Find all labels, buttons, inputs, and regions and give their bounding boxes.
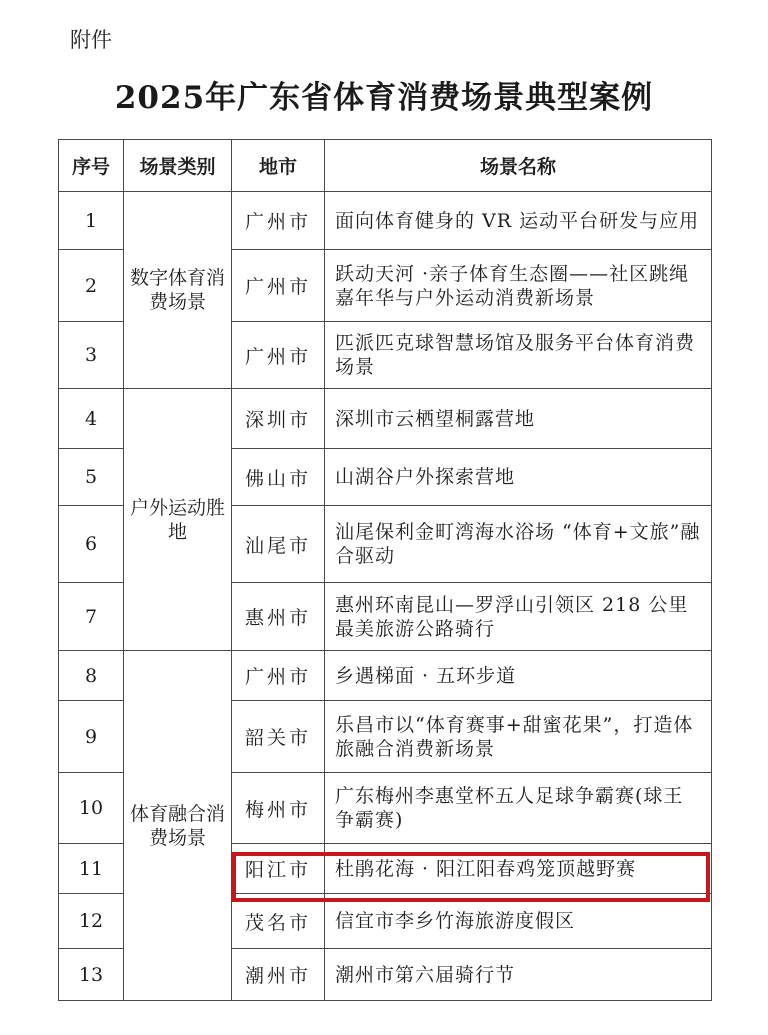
row-index: 3 (59, 322, 124, 389)
row-index: 10 (59, 773, 124, 844)
row-name: 信宜市李乡竹海旅游度假区 (325, 894, 712, 949)
row-name: 惠州环南昆山—罗浮山引领区 218 公里最美旅游公路骑行 (325, 583, 712, 651)
row-city: 韶关市 (232, 701, 325, 773)
row-index: 5 (59, 449, 124, 506)
row-index: 7 (59, 583, 124, 651)
row-name: 乡遇梯面 · 五环步道 (325, 651, 712, 701)
table-row: 1 数字体育消费场景 广州市 面向体育健身的 VR 运动平台研发与应用 (59, 192, 712, 250)
row-city: 佛山市 (232, 449, 325, 506)
row-index: 11 (59, 844, 124, 894)
row-name: 潮州市第六届骑行节 (325, 949, 712, 1001)
row-index: 8 (59, 651, 124, 701)
row-index: 1 (59, 192, 124, 250)
row-city: 阳江市 (232, 844, 325, 894)
row-index: 12 (59, 894, 124, 949)
row-index: 6 (59, 506, 124, 583)
row-index: 2 (59, 250, 124, 322)
row-index: 4 (59, 389, 124, 449)
attachment-label: 附件 (70, 24, 112, 54)
row-city: 广州市 (232, 322, 325, 389)
table-row: 8 体育融合消费场景 广州市 乡遇梯面 · 五环步道 (59, 651, 712, 701)
header-name: 场景名称 (325, 140, 712, 192)
row-name: 乐昌市以“体育赛事+甜蜜花果”，打造体旅融合消费新场景 (325, 701, 712, 773)
row-name: 山湖谷户外探索营地 (325, 449, 712, 506)
row-city: 广州市 (232, 651, 325, 701)
table-row: 4 户外运动胜地 深圳市 深圳市云栖望桐露营地 (59, 389, 712, 449)
row-city: 茂名市 (232, 894, 325, 949)
header-category: 场景类别 (124, 140, 232, 192)
row-city: 梅州市 (232, 773, 325, 844)
document-title: 2025年广东省体育消费场景典型案例 (0, 72, 768, 117)
category-digital: 数字体育消费场景 (124, 192, 232, 389)
row-city: 汕尾市 (232, 506, 325, 583)
header-city: 地市 (232, 140, 325, 192)
row-index: 9 (59, 701, 124, 773)
row-name: 汕尾保利金町湾海水浴场 “体育+文旅”融合驱动 (325, 506, 712, 583)
row-name: 杜鹃花海 · 阳江阳春鸡笼顶越野赛 (325, 844, 712, 894)
row-city: 广州市 (232, 250, 325, 322)
row-city: 深圳市 (232, 389, 325, 449)
row-city: 惠州市 (232, 583, 325, 651)
row-city: 广州市 (232, 192, 325, 250)
table-header-row: 序号 场景类别 地市 场景名称 (59, 140, 712, 192)
row-name: 广东梅州李惠堂杯五人足球争霸赛(球王争霸赛) (325, 773, 712, 844)
row-name: 跃动天河 ·亲子体育生态圈——社区跳绳嘉年华与户外运动消费新场景 (325, 250, 712, 322)
row-index: 13 (59, 949, 124, 1001)
row-name: 面向体育健身的 VR 运动平台研发与应用 (325, 192, 712, 250)
row-name: 匹派匹克球智慧场馆及服务平台体育消费场景 (325, 322, 712, 389)
cases-table: 序号 场景类别 地市 场景名称 1 数字体育消费场景 广州市 面向体育健身的 V… (58, 139, 712, 1001)
category-outdoor: 户外运动胜地 (124, 389, 232, 651)
header-index: 序号 (59, 140, 124, 192)
category-fusion: 体育融合消费场景 (124, 651, 232, 1001)
row-city: 潮州市 (232, 949, 325, 1001)
row-name: 深圳市云栖望桐露营地 (325, 389, 712, 449)
